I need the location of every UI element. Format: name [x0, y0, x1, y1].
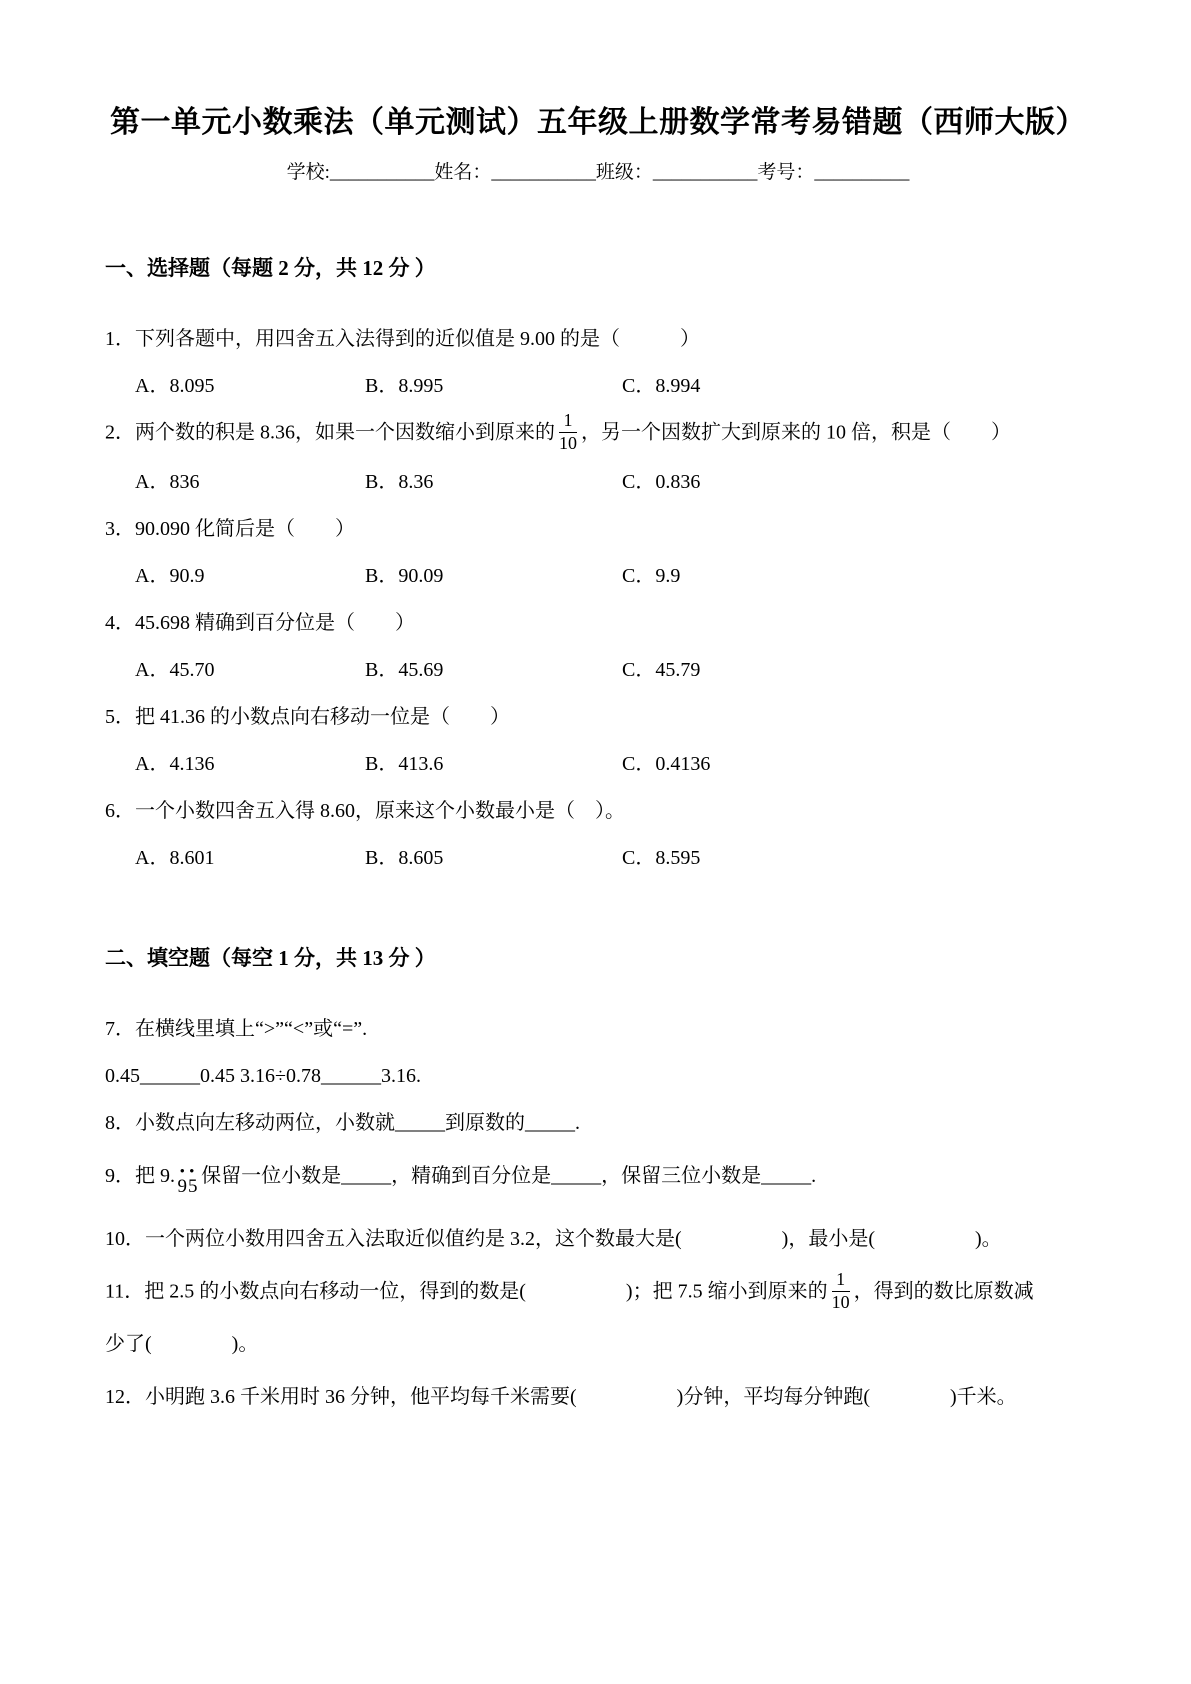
question-5-option-a: A．4.136	[105, 751, 365, 778]
question-5-option-b: B．413.6	[365, 751, 622, 778]
fraction-denominator: 10	[832, 1292, 850, 1313]
question-7-fill-line: 0.45______0.45 3.16÷0.78______3.16.	[105, 1063, 1091, 1090]
choice-section-heading: 一、选择题（每题 2 分，共 12 分 ）	[105, 254, 1091, 282]
question-10-stem: 10．一个两位小数用四舍五入法取近似值约是 3.2，这个数最大是( )，最小是(…	[105, 1228, 1002, 1250]
class-label: 班级：	[596, 162, 653, 183]
question-2-stem-pre: 2．两个数的积是 8.36，如果一个因数缩小到原来的	[105, 421, 555, 443]
question-4: 4．45.698 精确到百分位是（ ）	[105, 610, 1091, 637]
question-7-stem: 7．在横线里填上“>”“<”或“=”.	[105, 1018, 367, 1040]
question-12: 12．小明跑 3.6 千米用时 36 分钟，他平均每千米需要( )分钟，平均每分…	[105, 1384, 1091, 1411]
question-6-options: A．8.601 B．8.605 C．8.595	[105, 845, 1091, 872]
question-2-option-b: B．8.36	[365, 469, 622, 496]
question-6-option-a: A．8.601	[105, 845, 365, 872]
question-3-options: A．90.9 B．90.09 C．9.9	[105, 563, 1091, 590]
question-11-stem-post: ，得到的数比原数减	[854, 1281, 1034, 1303]
question-1: 1．下列各题中，用四舍五入法得到的近似值是 9.00 的是（ ）	[105, 326, 1091, 353]
student-info-line: 学校:___________姓名：___________班级：_________…	[105, 159, 1091, 186]
question-1-options: A．8.095 B．8.995 C．8.994	[105, 373, 1091, 400]
school-blank: ___________	[330, 162, 435, 183]
question-5-option-c: C．0.4136	[622, 751, 1091, 778]
repeating-decimal-digits: 95	[177, 1177, 199, 1196]
question-12-stem: 12．小明跑 3.6 千米用时 36 分钟，他平均每千米需要( )分钟，平均每分…	[105, 1386, 1017, 1408]
question-6-option-b: B．8.605	[365, 845, 622, 872]
question-6: 6．一个小数四舍五入得 8.60，原来这个小数最小是（ ）。	[105, 798, 1091, 825]
fraction-numerator: 1	[559, 410, 577, 433]
question-11: 11．把 2.5 的小数点向右移动一位，得到的数是( )；把 7.5 缩小到原来…	[105, 1271, 1091, 1314]
question-2-option-a: A．836	[105, 469, 365, 496]
question-2-options: A．836 B．8.36 C．0.836	[105, 469, 1091, 496]
question-10: 10．一个两位小数用四舍五入法取近似值约是 3.2，这个数最大是( )，最小是(…	[105, 1226, 1091, 1253]
question-2: 2．两个数的积是 8.36，如果一个因数缩小到原来的110，另一个因数扩大到原来…	[105, 412, 1091, 455]
question-2-stem-post: ，另一个因数扩大到原来的 10 倍，积是（ ）	[581, 421, 1011, 443]
fraction-denominator: 10	[559, 433, 577, 454]
question-9-stem-pre: 9．把 9.	[105, 1165, 175, 1187]
question-11-stem-pre: 11．把 2.5 的小数点向右移动一位，得到的数是( )；把 7.5 缩小到原来…	[105, 1281, 828, 1303]
class-blank: ___________	[653, 162, 758, 183]
question-3-option-b: B．90.09	[365, 563, 622, 590]
exam-number-blank: __________	[814, 162, 909, 183]
document-page: 第一单元小数乘法（单元测试）五年级上册数学常考易错题（西师大版） 学校:____…	[0, 0, 1191, 1684]
question-7-expressions: 0.45______0.45 3.16÷0.78______3.16.	[105, 1065, 421, 1087]
exam-number-label: 考号：	[757, 162, 814, 183]
question-2-option-c: C．0.836	[622, 469, 1091, 496]
question-1-option-c: C．8.994	[622, 373, 1091, 400]
question-3-option-a: A．90.9	[105, 563, 365, 590]
question-4-stem: 4．45.698 精确到百分位是（ ）	[105, 612, 415, 634]
fraction-one-tenth: 110	[832, 1269, 850, 1312]
name-blank: ___________	[491, 162, 596, 183]
question-8: 8．小数点向左移动两位，小数就_____到原数的_____.	[105, 1110, 1091, 1137]
question-1-option-b: B．8.995	[365, 373, 622, 400]
question-3: 3．90.090 化简后是（ ）	[105, 516, 1091, 543]
question-4-options: A．45.70 B．45.69 C．45.79	[105, 657, 1091, 684]
paper-title: 第一单元小数乘法（单元测试）五年级上册数学常考易错题（西师大版）	[105, 103, 1091, 143]
question-8-stem: 8．小数点向左移动两位，小数就_____到原数的_____.	[105, 1112, 580, 1134]
question-4-option-c: C．45.79	[622, 657, 1091, 684]
question-1-option-a: A．8.095	[105, 373, 365, 400]
question-9: 9．把 9.••95保留一位小数是_____，精确到百分位是_____，保留三位…	[105, 1163, 1091, 1196]
question-11-stem-cont: 少了( )。	[105, 1333, 258, 1355]
question-3-stem: 3．90.090 化简后是（ ）	[105, 518, 355, 540]
repeating-decimal: ••95	[177, 1167, 199, 1196]
school-label: 学校:	[287, 162, 330, 183]
question-1-stem: 1．下列各题中，用四舍五入法得到的近似值是 9.00 的是（ ）	[105, 328, 700, 350]
question-9-stem-post: 保留一位小数是_____，精确到百分位是_____，保留三位小数是_____.	[201, 1165, 816, 1187]
question-7: 7．在横线里填上“>”“<”或“=”.	[105, 1016, 1091, 1043]
fraction-numerator: 1	[832, 1269, 850, 1292]
fill-section-heading: 二、填空题（每空 1 分，共 13 分 ）	[105, 944, 1091, 972]
question-5-options: A．4.136 B．413.6 C．0.4136	[105, 751, 1091, 778]
question-6-stem: 6．一个小数四舍五入得 8.60，原来这个小数最小是（ ）。	[105, 800, 625, 822]
question-5: 5．把 41.36 的小数点向右移动一位是（ ）	[105, 704, 1091, 731]
question-4-option-b: B．45.69	[365, 657, 622, 684]
question-4-option-a: A．45.70	[105, 657, 365, 684]
question-11-continuation: 少了( )。	[105, 1331, 1091, 1358]
fraction-one-tenth: 110	[559, 410, 577, 453]
question-5-stem: 5．把 41.36 的小数点向右移动一位是（ ）	[105, 706, 510, 728]
question-6-option-c: C．8.595	[622, 845, 1091, 872]
name-label: 姓名：	[434, 162, 491, 183]
question-3-option-c: C．9.9	[622, 563, 1091, 590]
